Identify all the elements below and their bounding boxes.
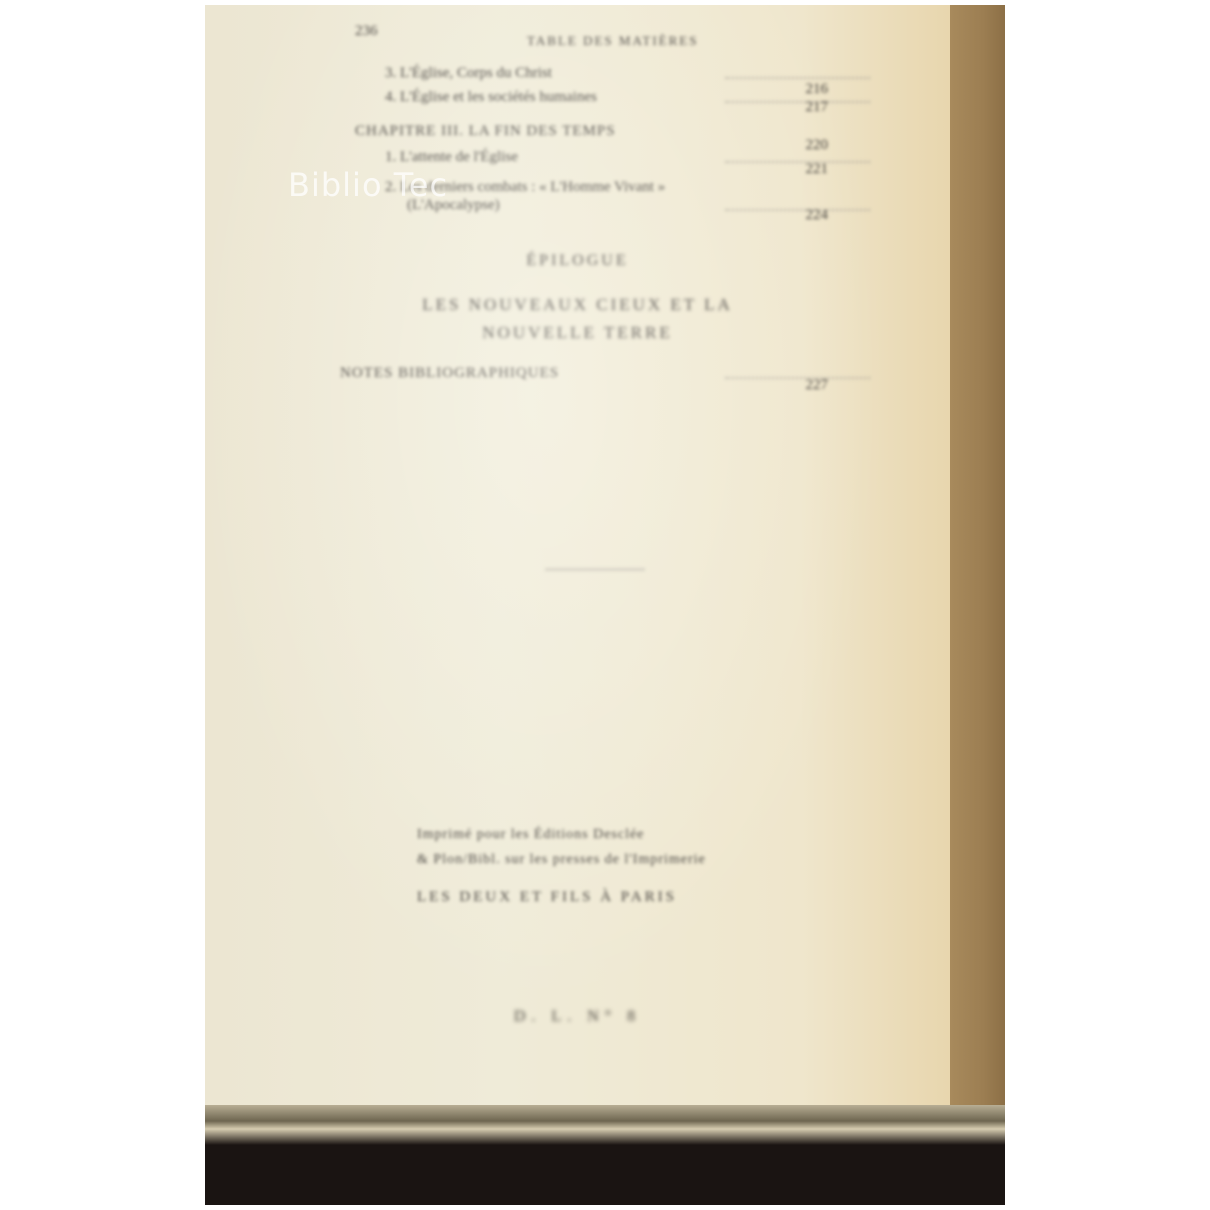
page-edge (950, 5, 1005, 1115)
epilogue-heading: ÉPILOGUE (205, 252, 950, 270)
epilogue-title-line1: LES NOUVEAUX CIEUX ET LA (205, 295, 950, 315)
toc-entry-label: NOTES BIBLIOGRAPHIQUES (340, 365, 559, 382)
toc-entry-page: 217 (806, 99, 829, 116)
leader-dots (725, 377, 870, 379)
section-divider (545, 568, 645, 571)
page-number: 236 (355, 23, 378, 40)
toc-final-entry: NOTES BIBLIOGRAPHIQUES 227 (205, 365, 950, 387)
leader-dots (725, 77, 870, 79)
toc-entry-label: CHAPITRE III. LA FIN DES TEMPS (355, 123, 616, 140)
book-bottom-edge (205, 1105, 1005, 1145)
imprint-line: LES DEUX ET FILS À PARIS (417, 889, 787, 906)
leader-dots (725, 101, 870, 103)
epilogue-title-line2: NOUVELLE TERRE (205, 323, 950, 343)
toc-entry: 4. L'Église et les sociétés humaines 217 (205, 89, 950, 111)
toc-entry: 3. L'Église, Corps du Christ 216 (205, 65, 950, 87)
toc-entry-label: 3. L'Église, Corps du Christ (385, 65, 552, 82)
toc-entry-label: 1. L'attente de l'Église (385, 149, 518, 166)
imprint-line: & Plon/Bibl. sur les presses de l'Imprim… (417, 852, 787, 868)
toc-entry-page: 221 (806, 161, 829, 178)
running-head: TABLE DES MATIÈRES (527, 33, 698, 49)
leader-dots (725, 209, 870, 211)
toc-entry-label: 4. L'Église et les sociétés humaines (385, 89, 597, 106)
toc-chapter: CHAPITRE III. LA FIN DES TEMPS 220 (205, 123, 950, 145)
toc-entry-page: 220 (806, 137, 829, 154)
leader-dots (725, 161, 870, 163)
toc-entry-page: 227 (806, 377, 829, 394)
imprint-line: Imprimé pour les Éditions Desclée (417, 827, 787, 843)
toc-entry-page: 224 (806, 207, 829, 224)
watermark: Biblio Tec (288, 166, 448, 204)
toc-entry-page: 216 (806, 81, 829, 98)
legal-deposit: D. L. N° 8 (205, 1008, 950, 1026)
